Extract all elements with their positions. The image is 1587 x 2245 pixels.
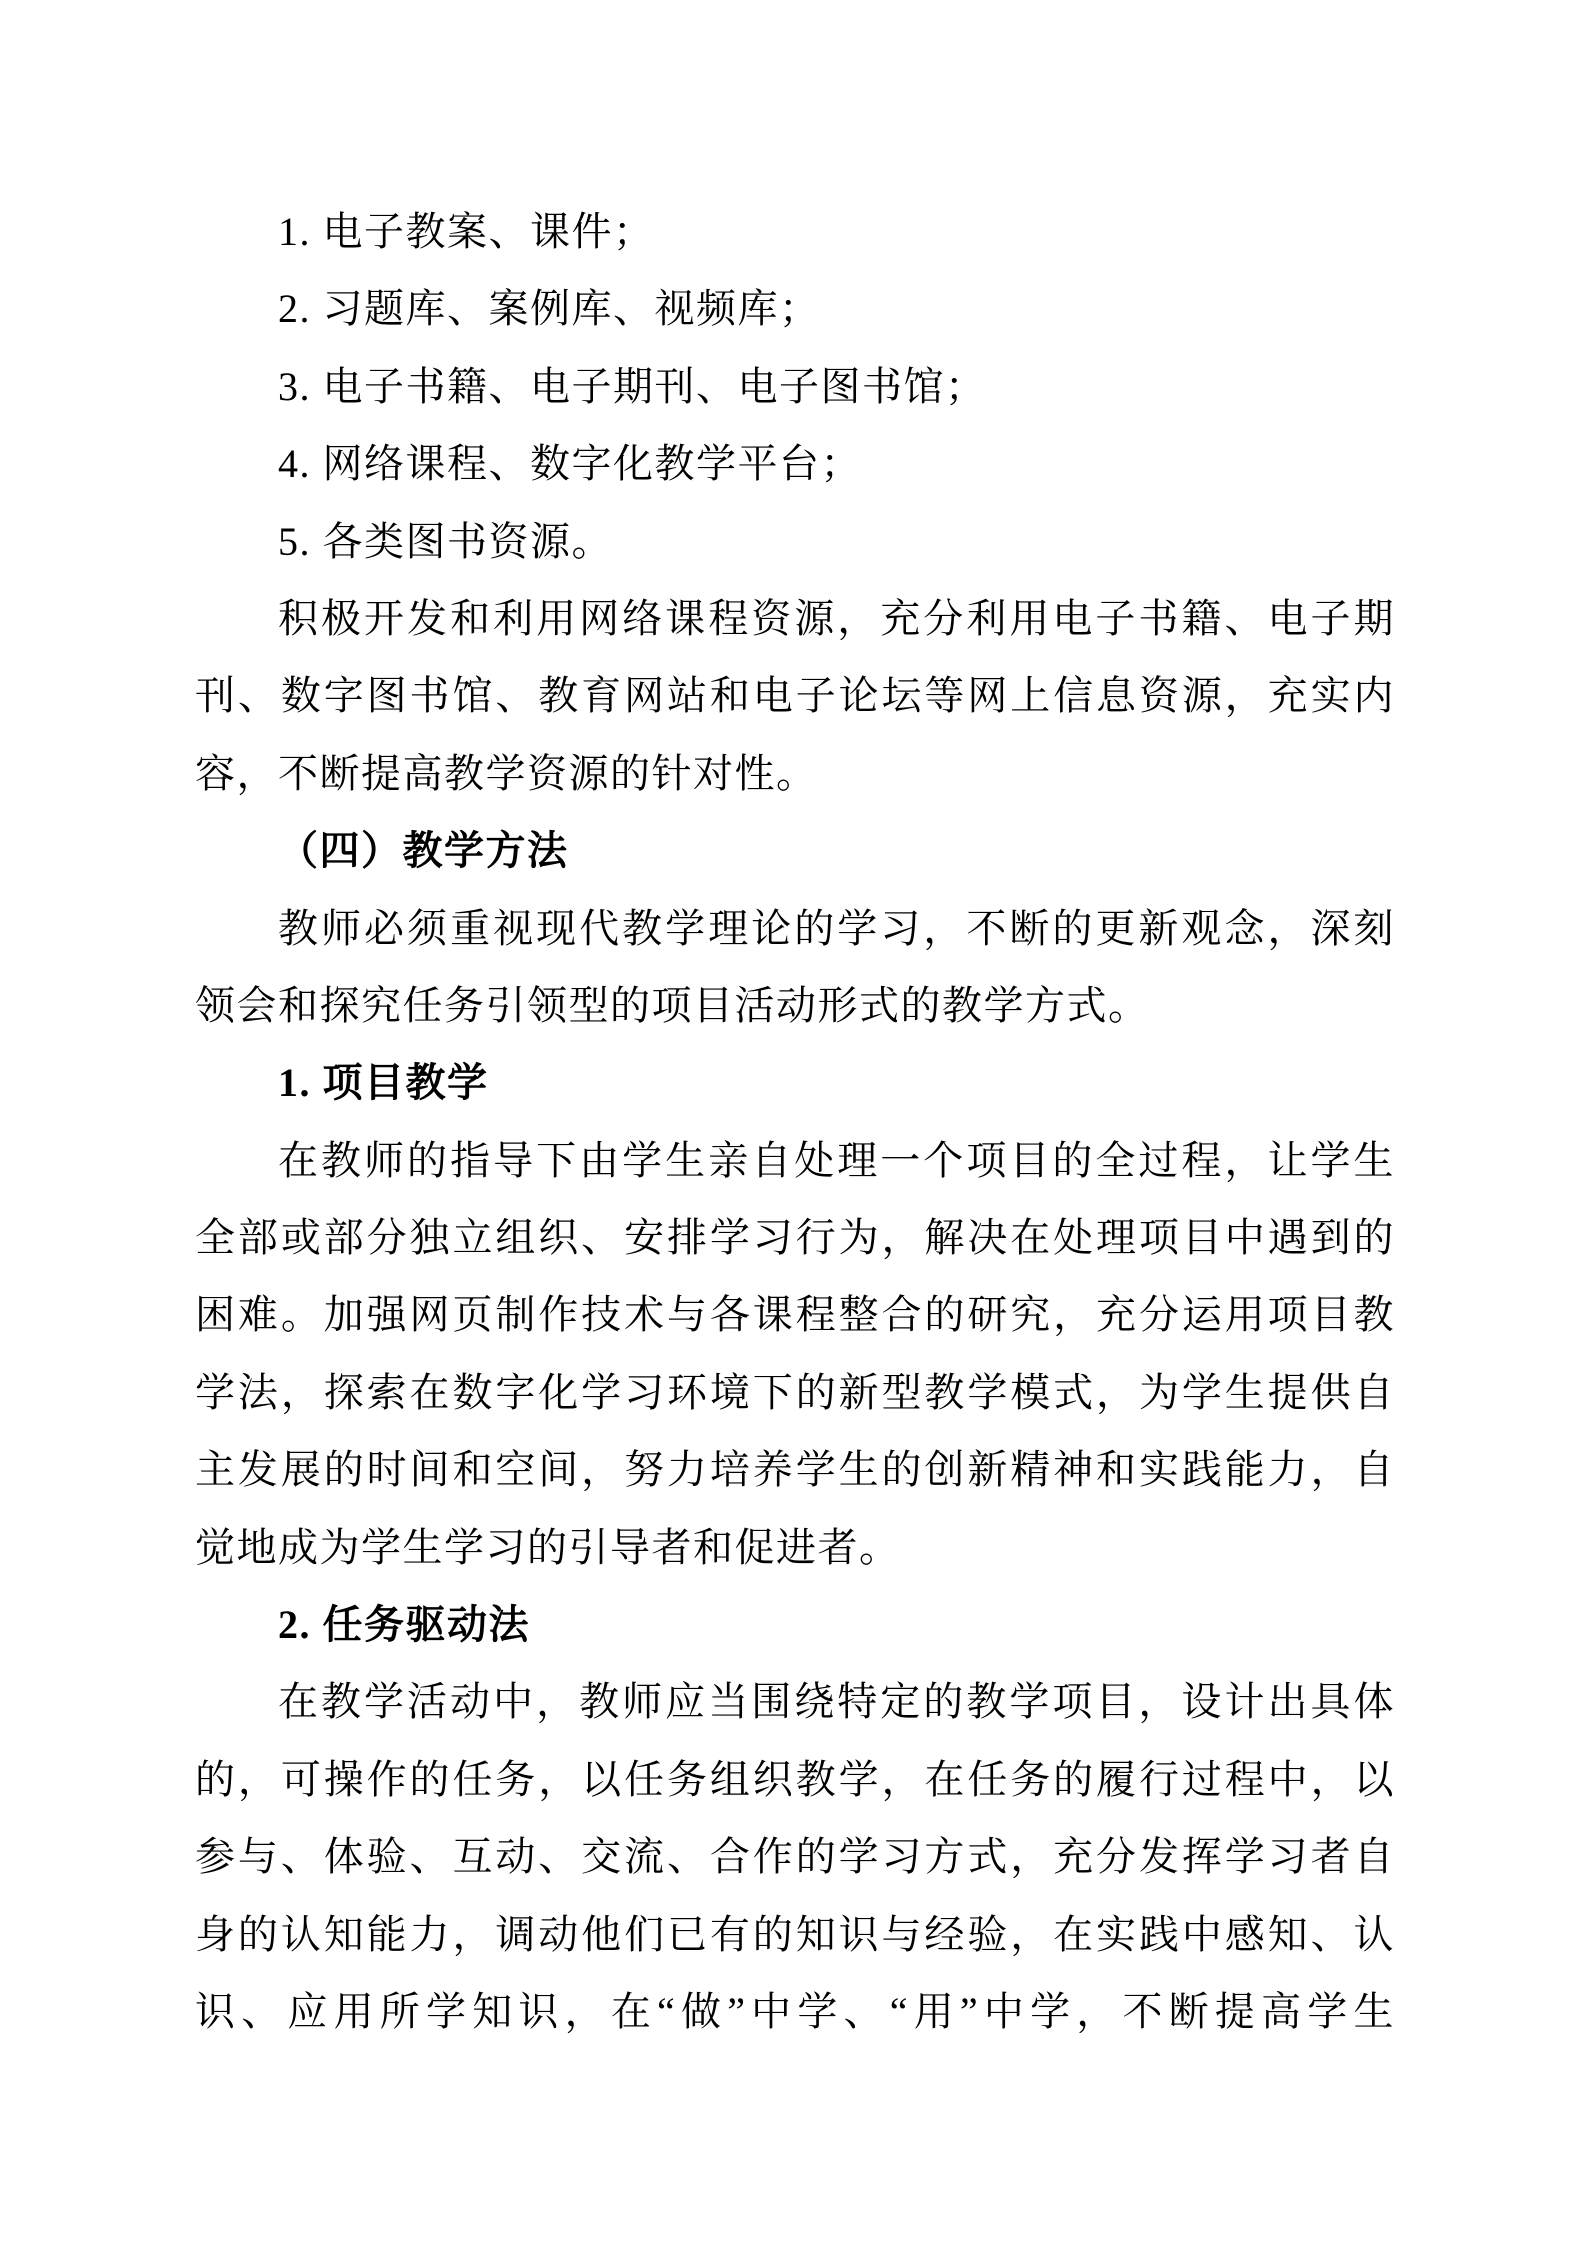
text-block: 1. 电子教案、课件；2. 习题库、案例库、视频库；3. 电子书籍、电子期刊、电… xyxy=(195,193,1395,2050)
document-page: 1. 电子教案、课件；2. 习题库、案例库、视频库；3. 电子书籍、电子期刊、电… xyxy=(0,0,1587,2245)
text-line: 主发展的时间和空间，努力培养学生的创新精神和实践能力，自 xyxy=(195,1431,1395,1508)
text-line: 容，不断提高教学资源的针对性。 xyxy=(195,735,1395,812)
text-line: 困难。加强网页制作技术与各课程整合的研究，充分运用项目教 xyxy=(195,1276,1395,1353)
text-line: 全部或部分独立组织、安排学习行为，解决在处理项目中遇到的 xyxy=(195,1199,1395,1276)
text-line: 在教师的指导下由学生亲自处理一个项目的全过程，让学生 xyxy=(195,1122,1395,1199)
text-line: 在教学活动中，教师应当围绕特定的教学项目，设计出具体 xyxy=(195,1663,1395,1740)
text-line: 觉地成为学生学习的引导者和促进者。 xyxy=(195,1509,1395,1586)
section-heading: 1. 项目教学 xyxy=(195,1044,1395,1121)
text-line: 3. 电子书籍、电子期刊、电子图书馆； xyxy=(195,348,1395,425)
text-line: 身的认知能力，调动他们已有的知识与经验，在实践中感知、认 xyxy=(195,1896,1395,1973)
text-line: 领会和探究任务引领型的项目活动形式的教学方式。 xyxy=(195,967,1395,1044)
section-heading: （四）教学方法 xyxy=(195,812,1395,889)
text-line: 学法，探索在数字化学习环境下的新型教学模式，为学生提供自 xyxy=(195,1354,1395,1431)
text-line: 识、应用所学知识，在“做”中学、“用”中学，不断提高学生 xyxy=(195,1973,1395,2050)
text-line: 的，可操作的任务，以任务组织教学，在任务的履行过程中，以 xyxy=(195,1741,1395,1818)
text-line: 参与、体验、互动、交流、合作的学习方式，充分发挥学习者自 xyxy=(195,1818,1395,1895)
text-line: 刊、数字图书馆、教育网站和电子论坛等网上信息资源，充实内 xyxy=(195,657,1395,734)
text-line: 1. 电子教案、课件； xyxy=(195,193,1395,270)
text-line: 教师必须重视现代教学理论的学习，不断的更新观念，深刻 xyxy=(195,890,1395,967)
text-line: 积极开发和利用网络课程资源，充分利用电子书籍、电子期 xyxy=(195,580,1395,657)
text-line: 5. 各类图书资源。 xyxy=(195,503,1395,580)
text-line: 4. 网络课程、数字化教学平台； xyxy=(195,425,1395,502)
text-line: 2. 习题库、案例库、视频库； xyxy=(195,270,1395,347)
section-heading: 2. 任务驱动法 xyxy=(195,1586,1395,1663)
